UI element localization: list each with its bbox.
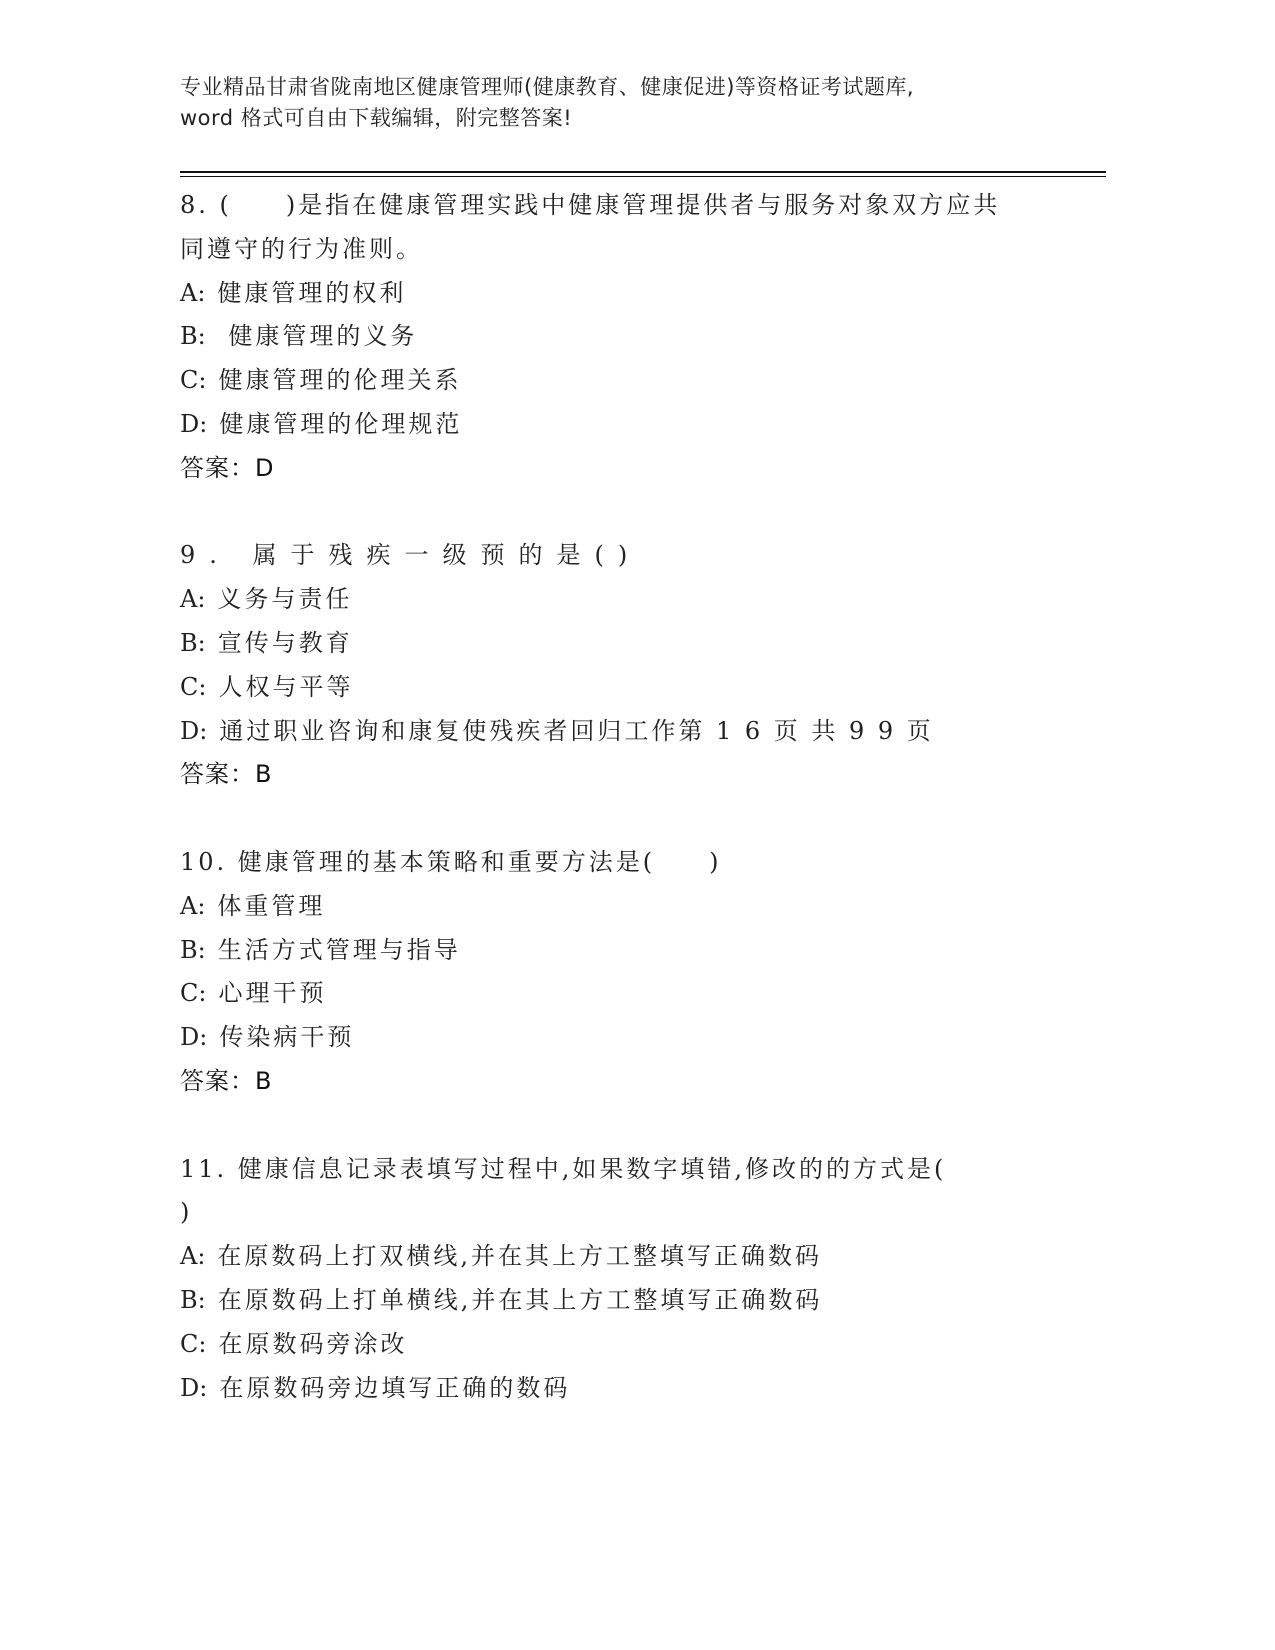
- option-text: 健康管理的伦理规范: [219, 410, 462, 438]
- answer: 答案：D: [180, 447, 1060, 491]
- option-b: B: 健康管理的义务: [180, 315, 1060, 359]
- option-label: C:: [180, 1323, 206, 1367]
- header-divider-thick: [180, 171, 1106, 173]
- question-stem: 9. 属于残疾一级预的是(): [180, 534, 1060, 578]
- question-stem-continued: 同遵守的行为准则。: [180, 228, 1060, 272]
- option-label: A:: [180, 578, 205, 622]
- option-text: 心理干预: [218, 979, 326, 1007]
- option-label: B:: [180, 315, 206, 359]
- option-label: B:: [180, 622, 206, 666]
- question-stem: 8. ( )是指在健康管理实践中健康管理提供者与服务对象双方应共: [180, 184, 1060, 228]
- option-a: A:在原数码上打双横线,并在其上方工整填写正确数码: [180, 1235, 1060, 1279]
- option-c: C:心理干预: [180, 972, 1060, 1016]
- option-text: 在原数码上打单横线,并在其上方工整填写正确数码: [218, 1286, 823, 1314]
- question-9: 9. 属于残疾一级预的是() A:义务与责任 B:宣传与教育 C:人权与平等 D…: [180, 534, 1060, 797]
- option-d: D:健康管理的伦理规范: [180, 403, 1060, 447]
- option-b: B:宣传与教育: [180, 622, 1060, 666]
- answer: 答案：B: [180, 753, 1060, 797]
- option-text: 在原数码上打双横线,并在其上方工整填写正确数码: [217, 1242, 822, 1270]
- header-line-1: 专业精品甘肃省陇南地区健康管理师(健康教育、健康促进)等资格证考试题库,: [180, 72, 1040, 103]
- option-b: B:在原数码上打单横线,并在其上方工整填写正确数码: [180, 1279, 1060, 1323]
- document-header: 专业精品甘肃省陇南地区健康管理师(健康教育、健康促进)等资格证考试题库, wor…: [180, 72, 1040, 134]
- answer: 答案：B: [180, 1060, 1060, 1104]
- option-text: 在原数码旁边填写正确的数码: [219, 1374, 570, 1402]
- question-stem-continued: ): [180, 1191, 1060, 1235]
- question-10: 10. 健康管理的基本策略和重要方法是( ) A:体重管理 B:生活方式管理与指…: [180, 841, 1060, 1104]
- question-11: 11. 健康信息记录表填写过程中,如果数字填错,修改的的方式是( ) A:在原数…: [180, 1148, 1060, 1411]
- option-text: 健康管理的权利: [217, 279, 406, 307]
- option-d: D:在原数码旁边填写正确的数码: [180, 1367, 1060, 1411]
- option-label: C:: [180, 972, 206, 1016]
- option-c: C:在原数码旁涂改: [180, 1323, 1060, 1367]
- spacer: [180, 1104, 1060, 1148]
- option-label: C:: [180, 666, 206, 710]
- option-text: 通过职业咨询和康复使残疾者回归工作第 1 6 页 共 9 9 页: [219, 717, 933, 745]
- spacer: [180, 797, 1060, 841]
- option-d: D:传染病干预: [180, 1016, 1060, 1060]
- header-divider-thin: [180, 176, 1106, 177]
- option-d: D:通过职业咨询和康复使残疾者回归工作第 1 6 页 共 9 9 页: [180, 710, 1060, 754]
- option-text: 健康管理的义务: [218, 322, 418, 350]
- option-text: 生活方式管理与指导: [218, 936, 461, 964]
- option-a: A:体重管理: [180, 885, 1060, 929]
- option-label: D:: [180, 403, 207, 447]
- option-a: A:义务与责任: [180, 578, 1060, 622]
- question-stem: 10. 健康管理的基本策略和重要方法是( ): [180, 841, 1060, 885]
- question-stem: 11. 健康信息记录表填写过程中,如果数字填错,修改的的方式是(: [180, 1148, 1060, 1192]
- option-c: C:人权与平等: [180, 666, 1060, 710]
- option-text: 健康管理的伦理关系: [218, 366, 461, 394]
- option-text: 义务与责任: [217, 585, 352, 613]
- option-label: D:: [180, 1016, 207, 1060]
- option-label: A:: [180, 1235, 205, 1279]
- option-text: 人权与平等: [218, 673, 353, 701]
- option-text: 传染病干预: [219, 1023, 354, 1051]
- option-text: 在原数码旁涂改: [218, 1330, 407, 1358]
- option-label: D:: [180, 710, 207, 754]
- question-list: 8. ( )是指在健康管理实践中健康管理提供者与服务对象双方应共 同遵守的行为准…: [180, 184, 1060, 1410]
- spacer: [180, 491, 1060, 535]
- option-label: A:: [180, 272, 205, 316]
- option-text: 体重管理: [217, 892, 325, 920]
- option-label: C:: [180, 359, 206, 403]
- option-a: A:健康管理的权利: [180, 272, 1060, 316]
- header-line-2: word 格式可自由下载编辑，附完整答案!: [180, 103, 1040, 134]
- option-label: A:: [180, 885, 205, 929]
- option-label: B:: [180, 1279, 206, 1323]
- option-label: D:: [180, 1367, 207, 1411]
- option-text: 宣传与教育: [218, 629, 353, 657]
- option-label: B:: [180, 929, 206, 973]
- question-8: 8. ( )是指在健康管理实践中健康管理提供者与服务对象双方应共 同遵守的行为准…: [180, 184, 1060, 491]
- option-c: C:健康管理的伦理关系: [180, 359, 1060, 403]
- option-b: B:生活方式管理与指导: [180, 929, 1060, 973]
